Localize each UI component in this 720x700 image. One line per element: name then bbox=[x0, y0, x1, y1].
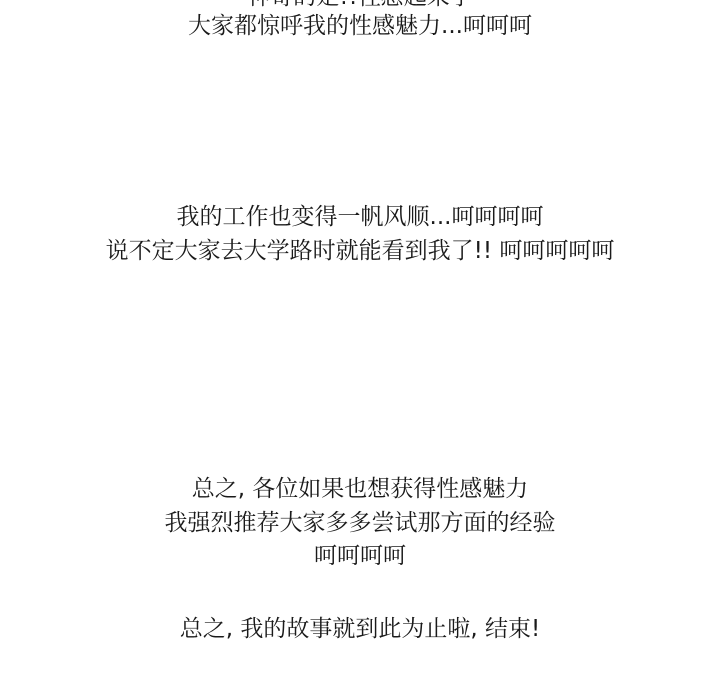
caption-line: 说不定大家去大学路时就能看到我了!! 呵呵呵呵呵 bbox=[0, 236, 720, 266]
caption-line: 我的工作也变得一帆风顺...呵呵呵呵 bbox=[0, 202, 720, 232]
caption-line: 总之, 各位如果也想获得性感魅力 bbox=[0, 474, 720, 504]
caption-line: 我强烈推荐大家多多尝试那方面的经验 bbox=[0, 508, 720, 538]
caption-line: 大家都惊呼我的性感魅力...呵呵呵 bbox=[0, 11, 720, 41]
caption-line: 总之, 我的故事就到此为止啦, 结束! bbox=[0, 614, 720, 644]
caption-line: 呵呵呵呵 bbox=[0, 541, 720, 571]
